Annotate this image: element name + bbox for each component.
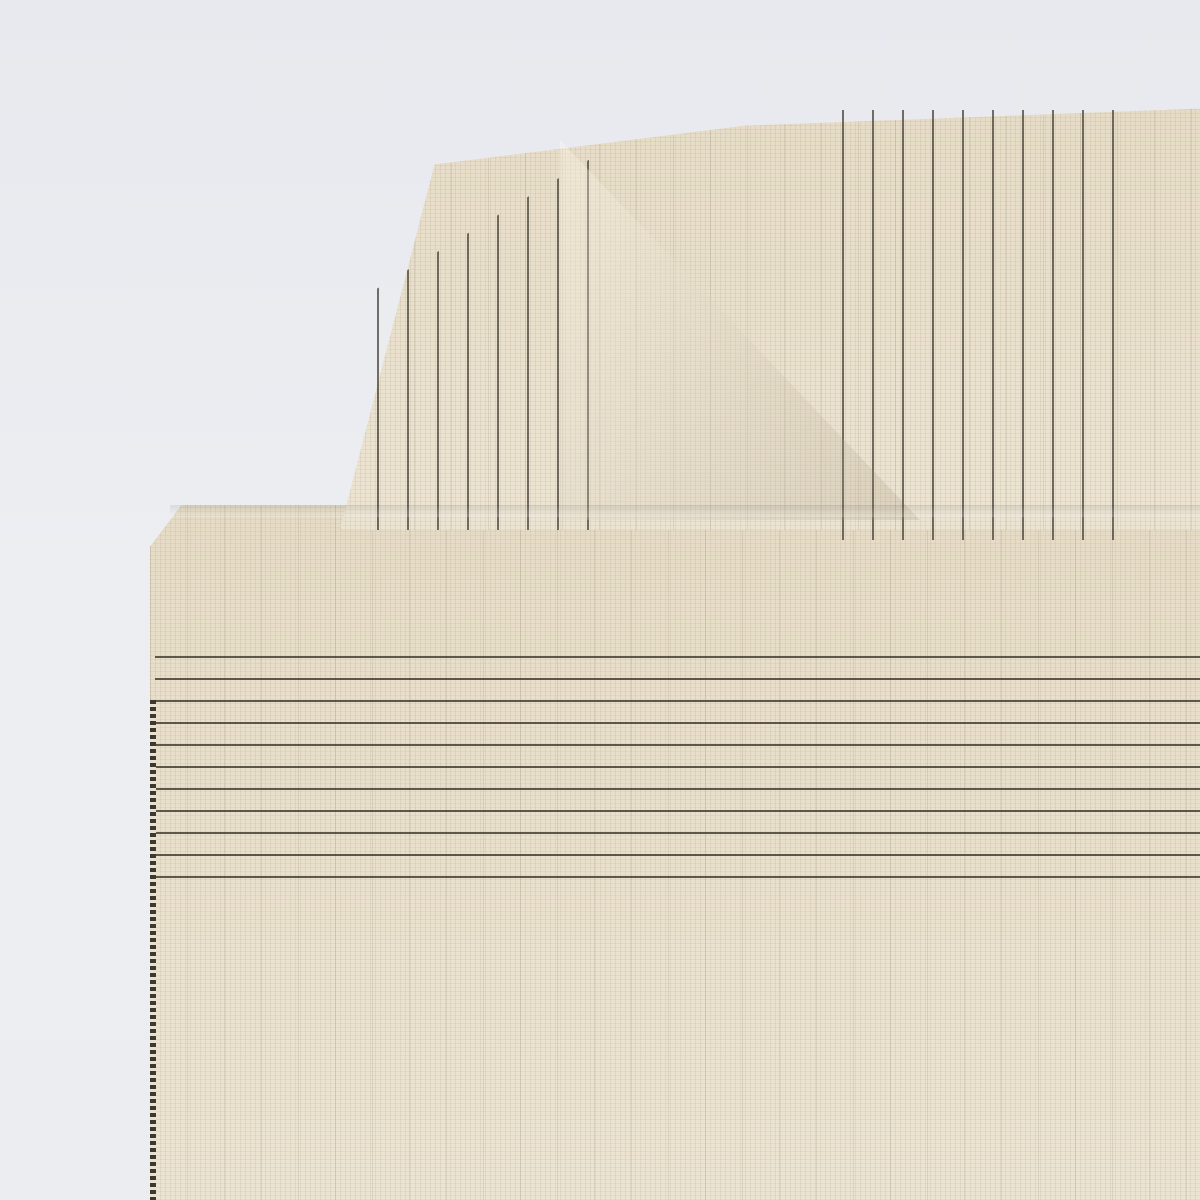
fold-edge: [170, 505, 1200, 517]
horizontal-stripe-band: [155, 640, 1200, 890]
fabric-selvedge: [150, 700, 156, 1200]
